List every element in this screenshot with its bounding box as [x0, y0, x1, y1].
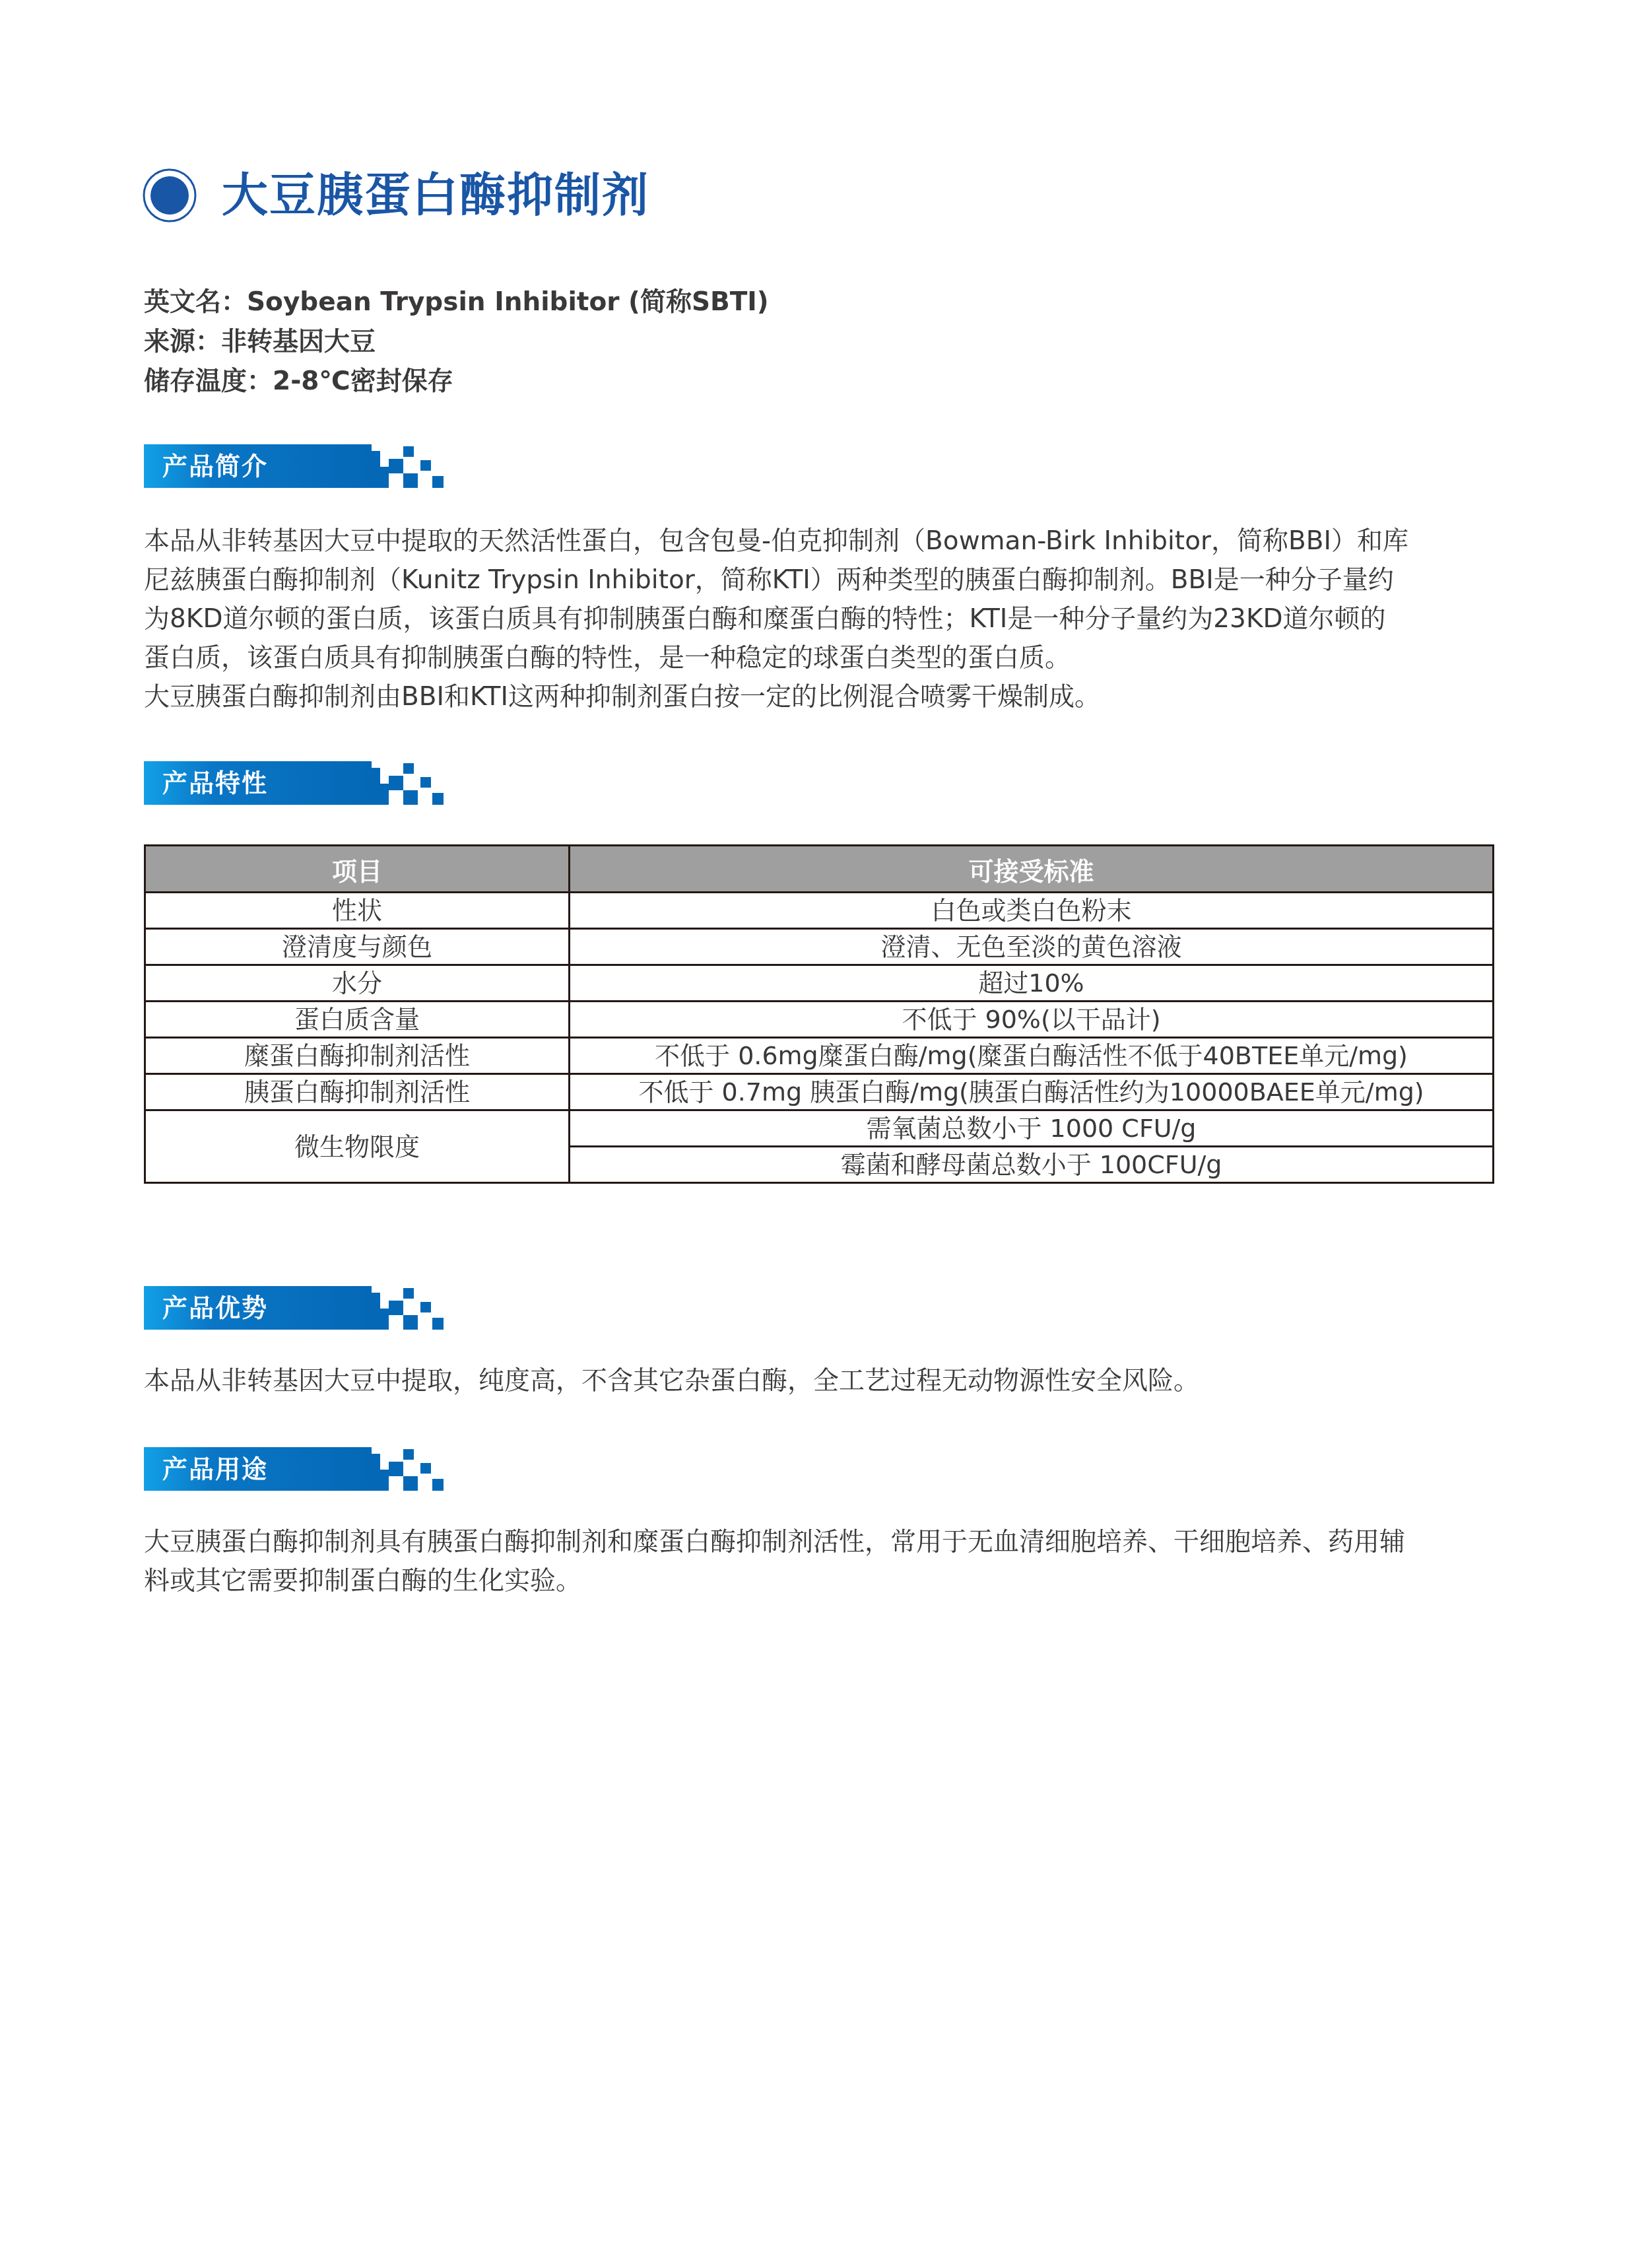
cell-item: 蛋白质含量 — [145, 1002, 570, 1038]
pixel-decoration-icon — [372, 768, 380, 784]
pixel-decoration-icon — [420, 777, 431, 788]
cell-item: 水分 — [145, 965, 570, 1002]
cell-standard: 霉菌和酵母菌总数小于 100CFU/g — [570, 1147, 1494, 1183]
pixel-decoration-icon — [403, 1476, 418, 1491]
specification-table: 项目 可接受标准 性状 白色或类白色粉末 澄清度与颜色 澄清、无色至淡的黄色溶液… — [144, 844, 1494, 1184]
pixel-decoration-icon — [389, 776, 403, 790]
storage-temperature: 储存温度：2-8℃密封保存 — [144, 362, 769, 401]
pixel-decoration-icon — [420, 1463, 431, 1474]
section-header-intro: 产品简介 — [144, 444, 447, 488]
pixel-decoration-icon — [420, 460, 431, 471]
table-row: 胰蛋白酶抑制剂活性 不低于 0.7mg 胰蛋白酶/mg(胰蛋白酶活性约为1000… — [145, 1074, 1494, 1110]
advantages-paragraph: 本品从非转基因大豆中提取，纯度高，不含其它杂蛋白酶，全工艺过程无动物源性安全风险… — [144, 1361, 1497, 1400]
column-header-standard: 可接受标准 — [570, 846, 1494, 893]
section-header-usage: 产品用途 — [144, 1447, 447, 1491]
table-header-row: 项目 可接受标准 — [145, 846, 1494, 893]
product-meta: 英文名：Soybean Trypsin Inhibitor (简称SBTI) 来… — [144, 283, 769, 401]
paragraph-line: 大豆胰蛋白酶抑制剂具有胰蛋白酶抑制剂和糜蛋白酶抑制剂活性，常用于无血清细胞培养、… — [144, 1522, 1497, 1561]
pixel-decoration-icon — [372, 784, 389, 805]
table-row: 性状 白色或类白色粉末 — [145, 893, 1494, 929]
table-row: 澄清度与颜色 澄清、无色至淡的黄色溶液 — [145, 929, 1494, 965]
paragraph-line: 本品从非转基因大豆中提取的天然活性蛋白，包含包曼-伯克抑制剂（Bowman-Bi… — [144, 522, 1497, 561]
table-row: 微生物限度 需氧菌总数小于 1000 CFU/g — [145, 1110, 1494, 1147]
source: 来源：非转基因大豆 — [144, 322, 769, 362]
cell-standard: 不低于 0.7mg 胰蛋白酶/mg(胰蛋白酶活性约为10000BAEE单元/mg… — [570, 1074, 1494, 1110]
cell-standard: 不低于 0.6mg糜蛋白酶/mg(糜蛋白酶活性不低于40BTEE单元/mg) — [570, 1038, 1494, 1074]
usage-paragraph: 大豆胰蛋白酶抑制剂具有胰蛋白酶抑制剂和糜蛋白酶抑制剂活性，常用于无血清细胞培养、… — [144, 1522, 1497, 1600]
pixel-decoration-icon — [389, 459, 403, 473]
pixel-decoration-icon — [403, 473, 418, 488]
pixel-decoration-icon — [389, 1462, 403, 1476]
intro-paragraph: 本品从非转基因大豆中提取的天然活性蛋白，包含包曼-伯克抑制剂（Bowman-Bi… — [144, 522, 1497, 716]
pixel-decoration-icon — [432, 1479, 444, 1491]
pixel-decoration-icon — [372, 1309, 389, 1330]
paragraph-line: 为8KD道尔顿的蛋白质，该蛋白质具有抑制胰蛋白酶和糜蛋白酶的特性；KTI是一种分… — [144, 599, 1497, 638]
pixel-decoration-icon — [432, 793, 444, 805]
table-row: 水分 超过10% — [145, 965, 1494, 1002]
paragraph-line: 蛋白质，该蛋白质具有抑制胰蛋白酶的特性，是一种稳定的球蛋白类型的蛋白质。 — [144, 638, 1497, 677]
section-header-advantages: 产品优势 — [144, 1286, 447, 1330]
circle-bullet-icon — [142, 168, 197, 223]
pixel-decoration-icon — [403, 763, 414, 774]
pixel-decoration-icon — [403, 1315, 418, 1330]
cell-standard: 需氧菌总数小于 1000 CFU/g — [570, 1110, 1494, 1147]
pixel-decoration-icon — [372, 467, 389, 488]
cell-standard: 超过10% — [570, 965, 1494, 1002]
pixel-decoration-icon — [372, 1470, 389, 1491]
section-title: 产品用途 — [162, 1447, 268, 1491]
cell-standard: 白色或类白色粉末 — [570, 893, 1494, 929]
pixel-decoration-icon — [403, 1449, 414, 1460]
english-name: 英文名：Soybean Trypsin Inhibitor (简称SBTI) — [144, 283, 769, 322]
pixel-decoration-icon — [372, 1454, 380, 1470]
paragraph-line: 尼兹胰蛋白酶抑制剂（Kunitz Trypsin Inhibitor，简称KTI… — [144, 561, 1497, 599]
pixel-decoration-icon — [420, 1302, 431, 1312]
pixel-decoration-icon — [403, 1288, 414, 1299]
section-header-features: 产品特性 — [144, 761, 447, 805]
cell-item: 微生物限度 — [145, 1110, 570, 1183]
column-header-item: 项目 — [145, 846, 570, 893]
section-title: 产品优势 — [162, 1286, 268, 1330]
cell-item: 性状 — [145, 893, 570, 929]
pixel-decoration-icon — [432, 476, 444, 488]
page-title: 大豆胰蛋白酶抑制剂 — [222, 164, 649, 227]
cell-standard: 澄清、无色至淡的黄色溶液 — [570, 929, 1494, 965]
cell-item: 胰蛋白酶抑制剂活性 — [145, 1074, 570, 1110]
table-row: 蛋白质含量 不低于 90%(以干品计) — [145, 1002, 1494, 1038]
pixel-decoration-icon — [403, 790, 418, 805]
table-row: 糜蛋白酶抑制剂活性 不低于 0.6mg糜蛋白酶/mg(糜蛋白酶活性不低于40BT… — [145, 1038, 1494, 1074]
cell-item: 糜蛋白酶抑制剂活性 — [145, 1038, 570, 1074]
pixel-decoration-icon — [372, 451, 380, 467]
paragraph-line: 料或其它需要抑制蛋白酶的生化实验。 — [144, 1561, 1497, 1600]
paragraph-line: 本品从非转基因大豆中提取，纯度高，不含其它杂蛋白酶，全工艺过程无动物源性安全风险… — [144, 1361, 1497, 1400]
section-title: 产品简介 — [162, 444, 268, 488]
pixel-decoration-icon — [389, 1301, 403, 1315]
paragraph-line: 大豆胰蛋白酶抑制剂由BBI和KTI这两种抑制剂蛋白按一定的比例混合喷雾干燥制成。 — [144, 677, 1497, 716]
pixel-decoration-icon — [403, 446, 414, 457]
cell-item: 澄清度与颜色 — [145, 929, 570, 965]
pixel-decoration-icon — [372, 1293, 380, 1309]
cell-standard: 不低于 90%(以干品计) — [570, 1002, 1494, 1038]
pixel-decoration-icon — [432, 1318, 444, 1330]
section-title: 产品特性 — [162, 761, 268, 805]
